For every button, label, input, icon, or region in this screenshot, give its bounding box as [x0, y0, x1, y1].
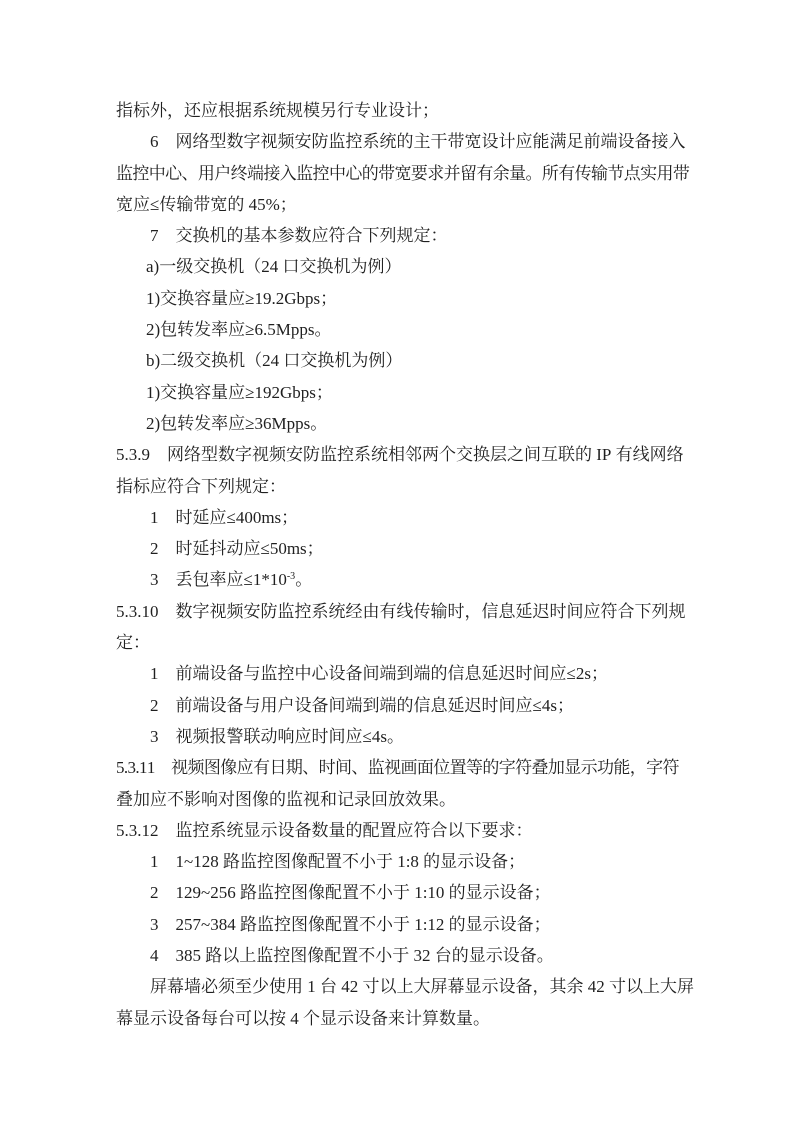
- text-line: 叠加应不影响对图像的监视和记录回放效果。: [116, 784, 694, 815]
- document-body: 指标外，还应根据系统规模另行专业设计；6 网络型数字视频安防监控系统的主干带宽设…: [116, 95, 694, 1034]
- text-line: b)二级交换机（24 口交换机为例）: [116, 345, 694, 376]
- superscript-exponent: -3: [287, 571, 295, 582]
- text-line: 1 前端设备与监控中心设备间端到端的信息延迟时间应≤2s；: [116, 658, 694, 689]
- text-line: 幕显示设备每台可以按 4 个显示设备来计算数量。: [116, 1003, 694, 1034]
- text-line: 指标应符合下列规定：: [116, 471, 694, 502]
- text-line: 2)包转发率应≥6.5Mpps。: [116, 314, 694, 345]
- text-line: 2 129~256 路监控图像配置不小于 1:10 的显示设备；: [116, 877, 694, 908]
- text-line: 3 丢包率应≤1*10-3。: [116, 564, 694, 595]
- text-line-segment: 3 丢包率应≤1*10: [150, 570, 287, 589]
- text-line: 1 时延应≤400ms；: [116, 502, 694, 533]
- text-line: 定：: [116, 627, 694, 658]
- text-line: 1 1~128 路监控图像配置不小于 1:8 的显示设备；: [116, 846, 694, 877]
- text-line: 2)包转发率应≥36Mpps。: [116, 408, 694, 439]
- text-line: 5.3.11 视频图像应有日期、时间、监视画面位置等的字符叠加显示功能，字符: [116, 752, 694, 783]
- text-line: 5.3.12 监控系统显示设备数量的配置应符合以下要求：: [116, 815, 694, 846]
- text-line: 监控中心、用户终端接入监控中心的带宽要求并留有余量。所有传输节点实用带: [116, 158, 694, 189]
- text-line: 6 网络型数字视频安防监控系统的主干带宽设计应能满足前端设备接入: [116, 126, 694, 157]
- text-line: 1)交换容量应≥19.2Gbps；: [116, 283, 694, 314]
- text-line: 3 257~384 路监控图像配置不小于 1:12 的显示设备；: [116, 909, 694, 940]
- text-line: 5.3.10 数字视频安防监控系统经由有线传输时，信息延迟时间应符合下列规: [116, 596, 694, 627]
- text-line: 2 前端设备与用户设备间端到端的信息延迟时间应≤4s；: [116, 690, 694, 721]
- text-line: a)一级交换机（24 口交换机为例）: [116, 251, 694, 282]
- text-line-segment: 。: [295, 570, 312, 589]
- text-line: 2 时延抖动应≤50ms；: [116, 533, 694, 564]
- text-line: 3 视频报警联动响应时间应≤4s。: [116, 721, 694, 752]
- text-line: 5.3.9 网络型数字视频安防监控系统相邻两个交换层之间互联的 IP 有线网络: [116, 439, 694, 470]
- text-line: 1)交换容量应≥192Gbps；: [116, 377, 694, 408]
- text-line: 屏幕墙必须至少使用 1 台 42 寸以上大屏幕显示设备，其余 42 寸以上大屏: [116, 971, 694, 1002]
- document-page: 指标外，还应根据系统规模另行专业设计；6 网络型数字视频安防监控系统的主干带宽设…: [0, 0, 800, 1131]
- text-line: 7 交换机的基本参数应符合下列规定：: [116, 220, 694, 251]
- text-line: 4 385 路以上监控图像配置不小于 32 台的显示设备。: [116, 940, 694, 971]
- text-line: 指标外，还应根据系统规模另行专业设计；: [116, 95, 694, 126]
- text-line: 宽应≤传输带宽的 45%；: [116, 189, 694, 220]
